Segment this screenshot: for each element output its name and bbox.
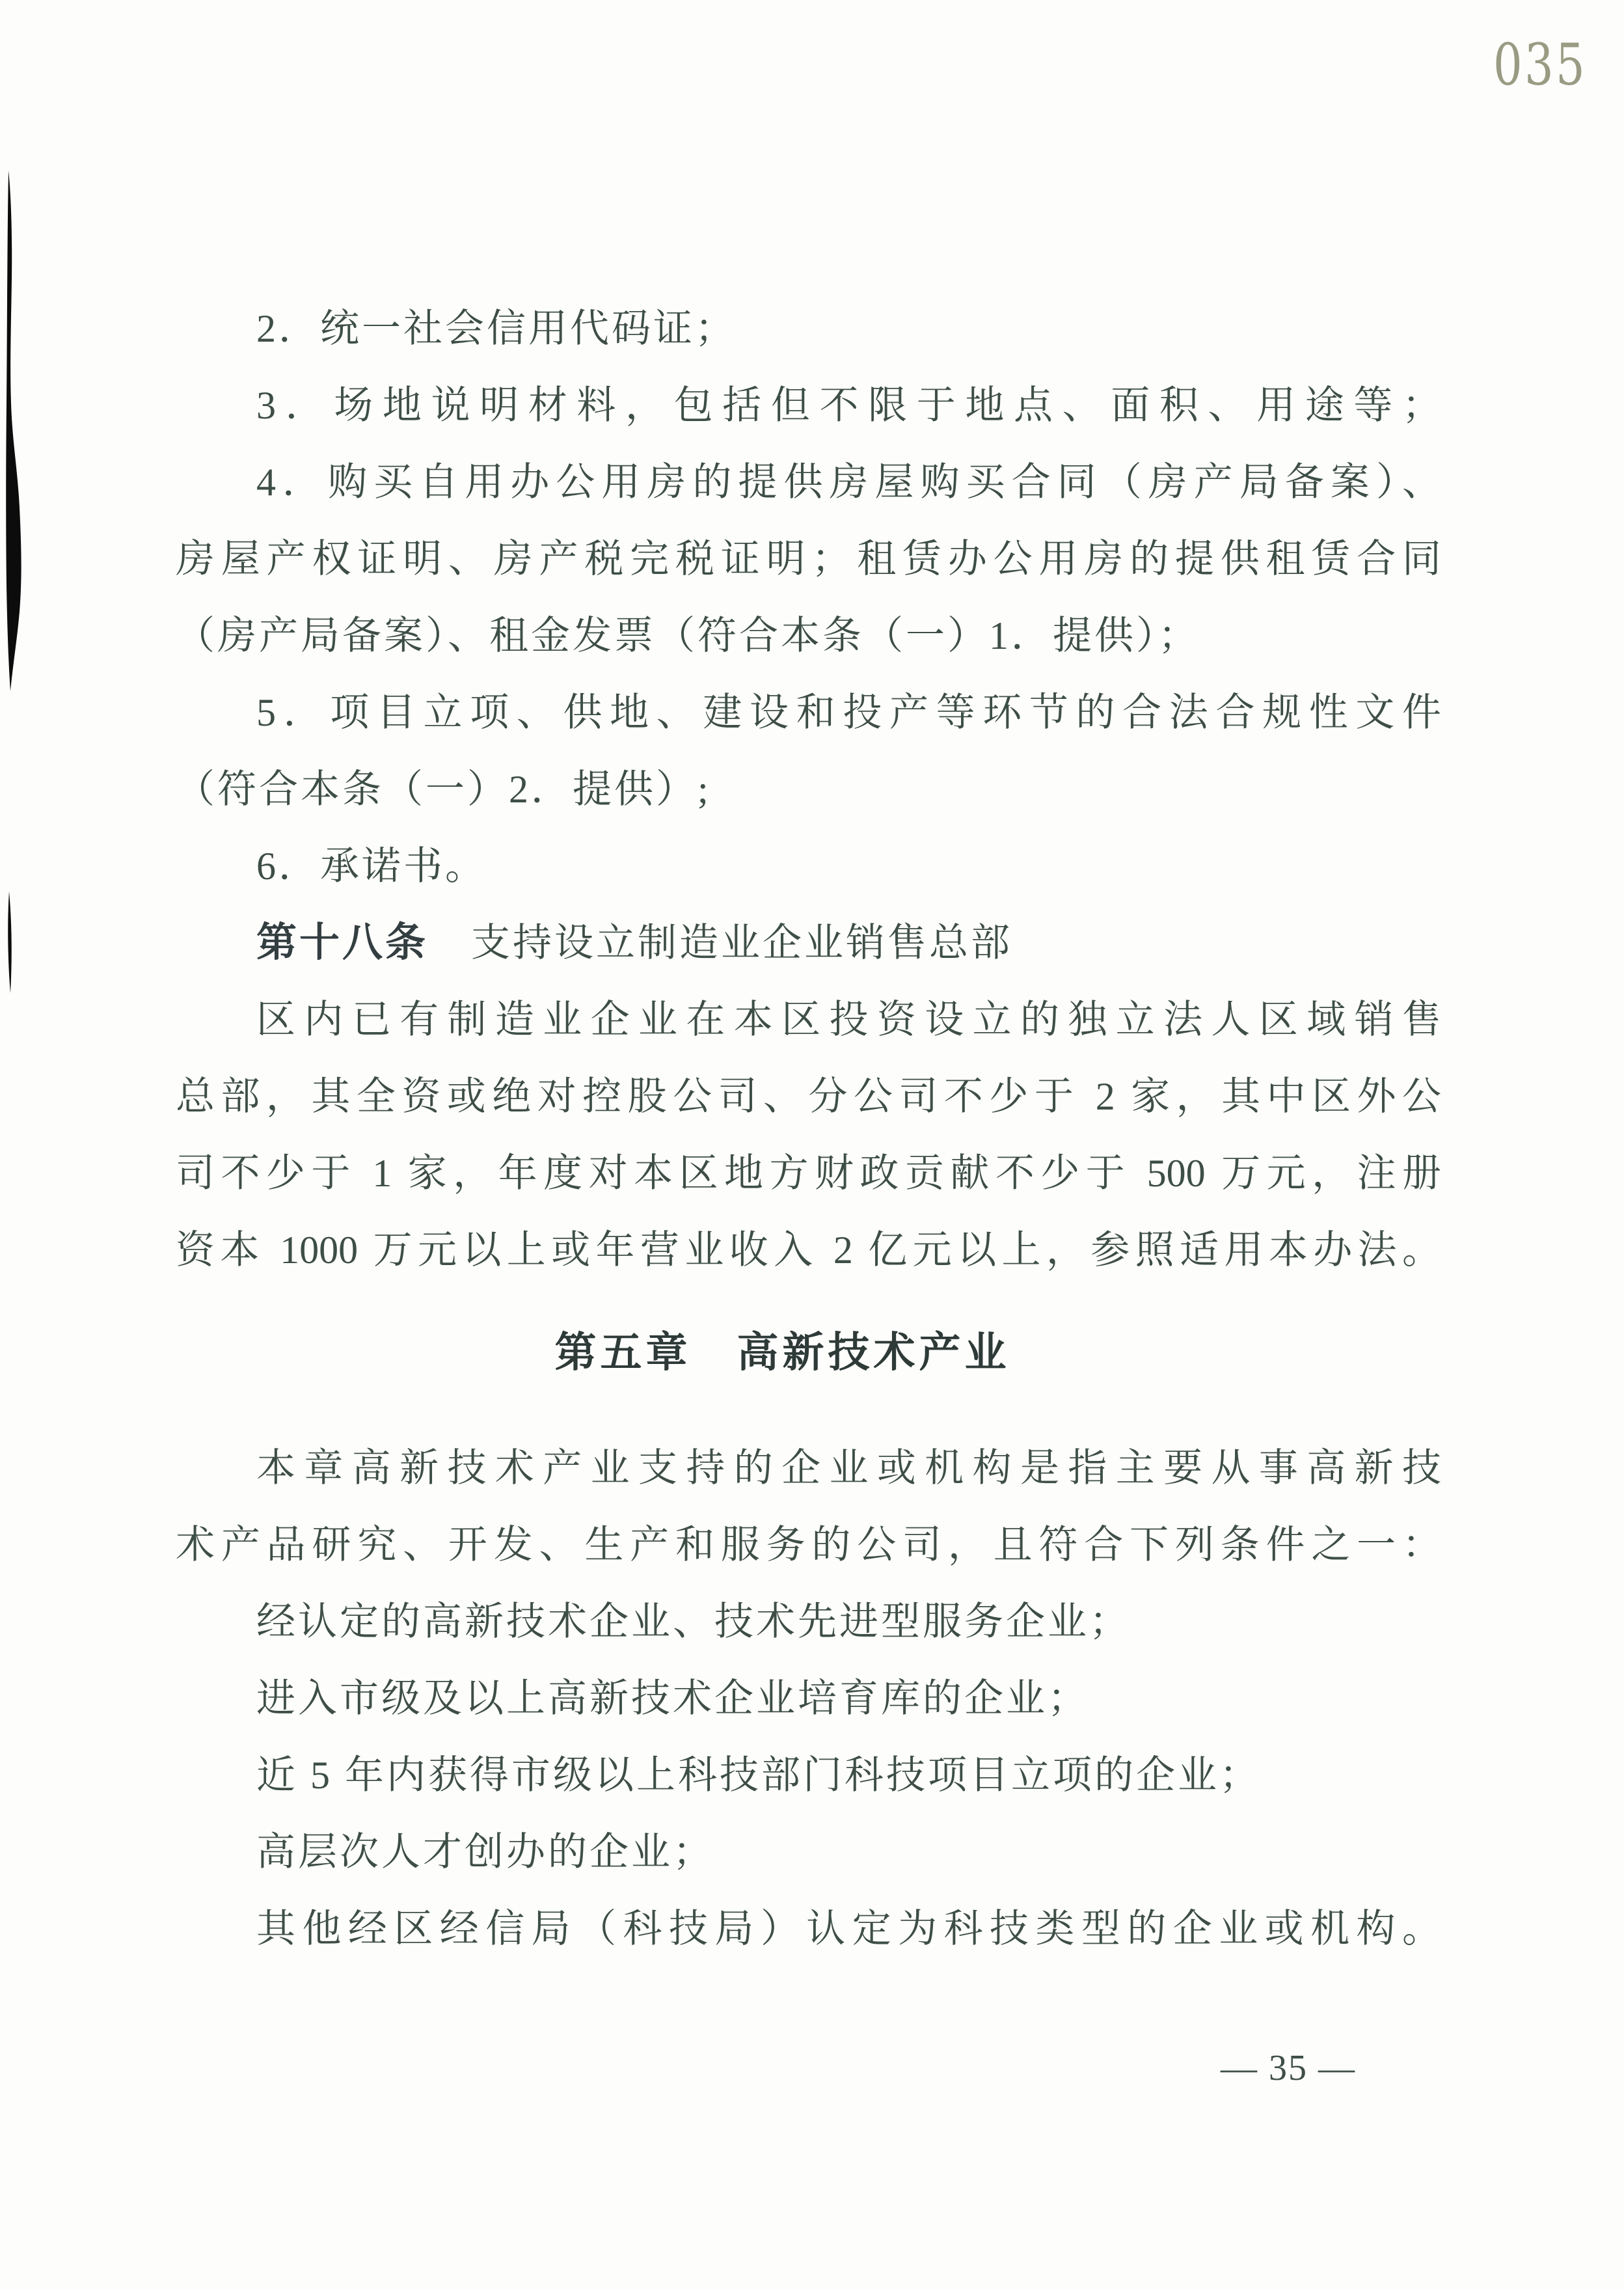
paragraph-line: 总部，其全资或绝对控股公司、分公司不少于 2 家，其中区外公 xyxy=(176,1058,1441,1135)
article-title: 支持设立制造业企业销售总部 xyxy=(471,921,1012,964)
condition-line: 其他经区经信局（科技局）认定为科技类型的企业或机构。 xyxy=(176,1890,1441,1967)
paragraph-line: 本章高新技术产业支持的企业或机构是指主要从事高新技 xyxy=(176,1430,1441,1506)
paragraph-line: （符合本条（一）2．提供）; xyxy=(176,751,1441,828)
article-number: 第十八条 xyxy=(256,920,428,965)
paragraph-line: （房产局备案）、租金发票（符合本条（一）1．提供）； xyxy=(176,597,1441,674)
list-item: 5．项目立项、供地、建设和投产等环节的合法合规性文件 xyxy=(176,674,1441,751)
paragraph-line: 术产品研究、开发、生产和服务的公司，且符合下列条件之一： xyxy=(176,1506,1441,1583)
article-18-heading: 第十八条支持设立制造业企业销售总部 xyxy=(176,905,1441,981)
condition-line: 近 5 年内获得市级以上科技部门科技项目立项的企业； xyxy=(176,1737,1441,1814)
condition-line: 高层次人才创办的企业； xyxy=(176,1814,1441,1890)
list-item: 6．承诺书。 xyxy=(176,828,1441,905)
list-item: 3．场地说明材料，包括但不限于地点、面积、用途等； xyxy=(176,367,1441,444)
list-item: 2．统一社会信用代码证； xyxy=(176,290,1441,367)
paragraph-line: 区内已有制造业企业在本区投资设立的独立法人区域销售 xyxy=(176,981,1441,1058)
paragraph-line: 司不少于 1 家，年度对本区地方财政贡献不少于 500 万元，注册 xyxy=(176,1135,1441,1212)
page-number-footer: — 35 — xyxy=(1197,2036,1379,2101)
document-body-lower: 本章高新技术产业支持的企业或机构是指主要从事高新技 术产品研究、开发、生产和服务… xyxy=(176,1430,1441,1967)
scan-edge-artifact xyxy=(0,0,39,2290)
document-body-upper: 2．统一社会信用代码证； 3．场地说明材料，包括但不限于地点、面积、用途等； 4… xyxy=(176,290,1441,1288)
list-item: 4．购买自用办公用房的提供房屋购买合同（房产局备案）、 xyxy=(176,444,1441,521)
paragraph-line: 资本 1000 万元以上或年营业收入 2 亿元以上，参照适用本办法。 xyxy=(176,1212,1441,1288)
chapter-5-heading: 第五章 高新技术产业 xyxy=(176,1321,1441,1384)
scanned-document-page: 035 2．统一社会信用代码证； 3．场地说明材料，包括但不限于地点、面积、用途… xyxy=(0,0,1624,2290)
condition-line: 进入市级及以上高新技术企业培育库的企业； xyxy=(176,1660,1441,1737)
paragraph-line: 房屋产权证明、房产税完税证明；租赁办公用房的提供租赁合同 xyxy=(176,521,1441,597)
folio-stamp-number: 035 xyxy=(1493,31,1587,98)
condition-line: 经认定的高新技术企业、技术先进型服务企业； xyxy=(176,1583,1441,1660)
